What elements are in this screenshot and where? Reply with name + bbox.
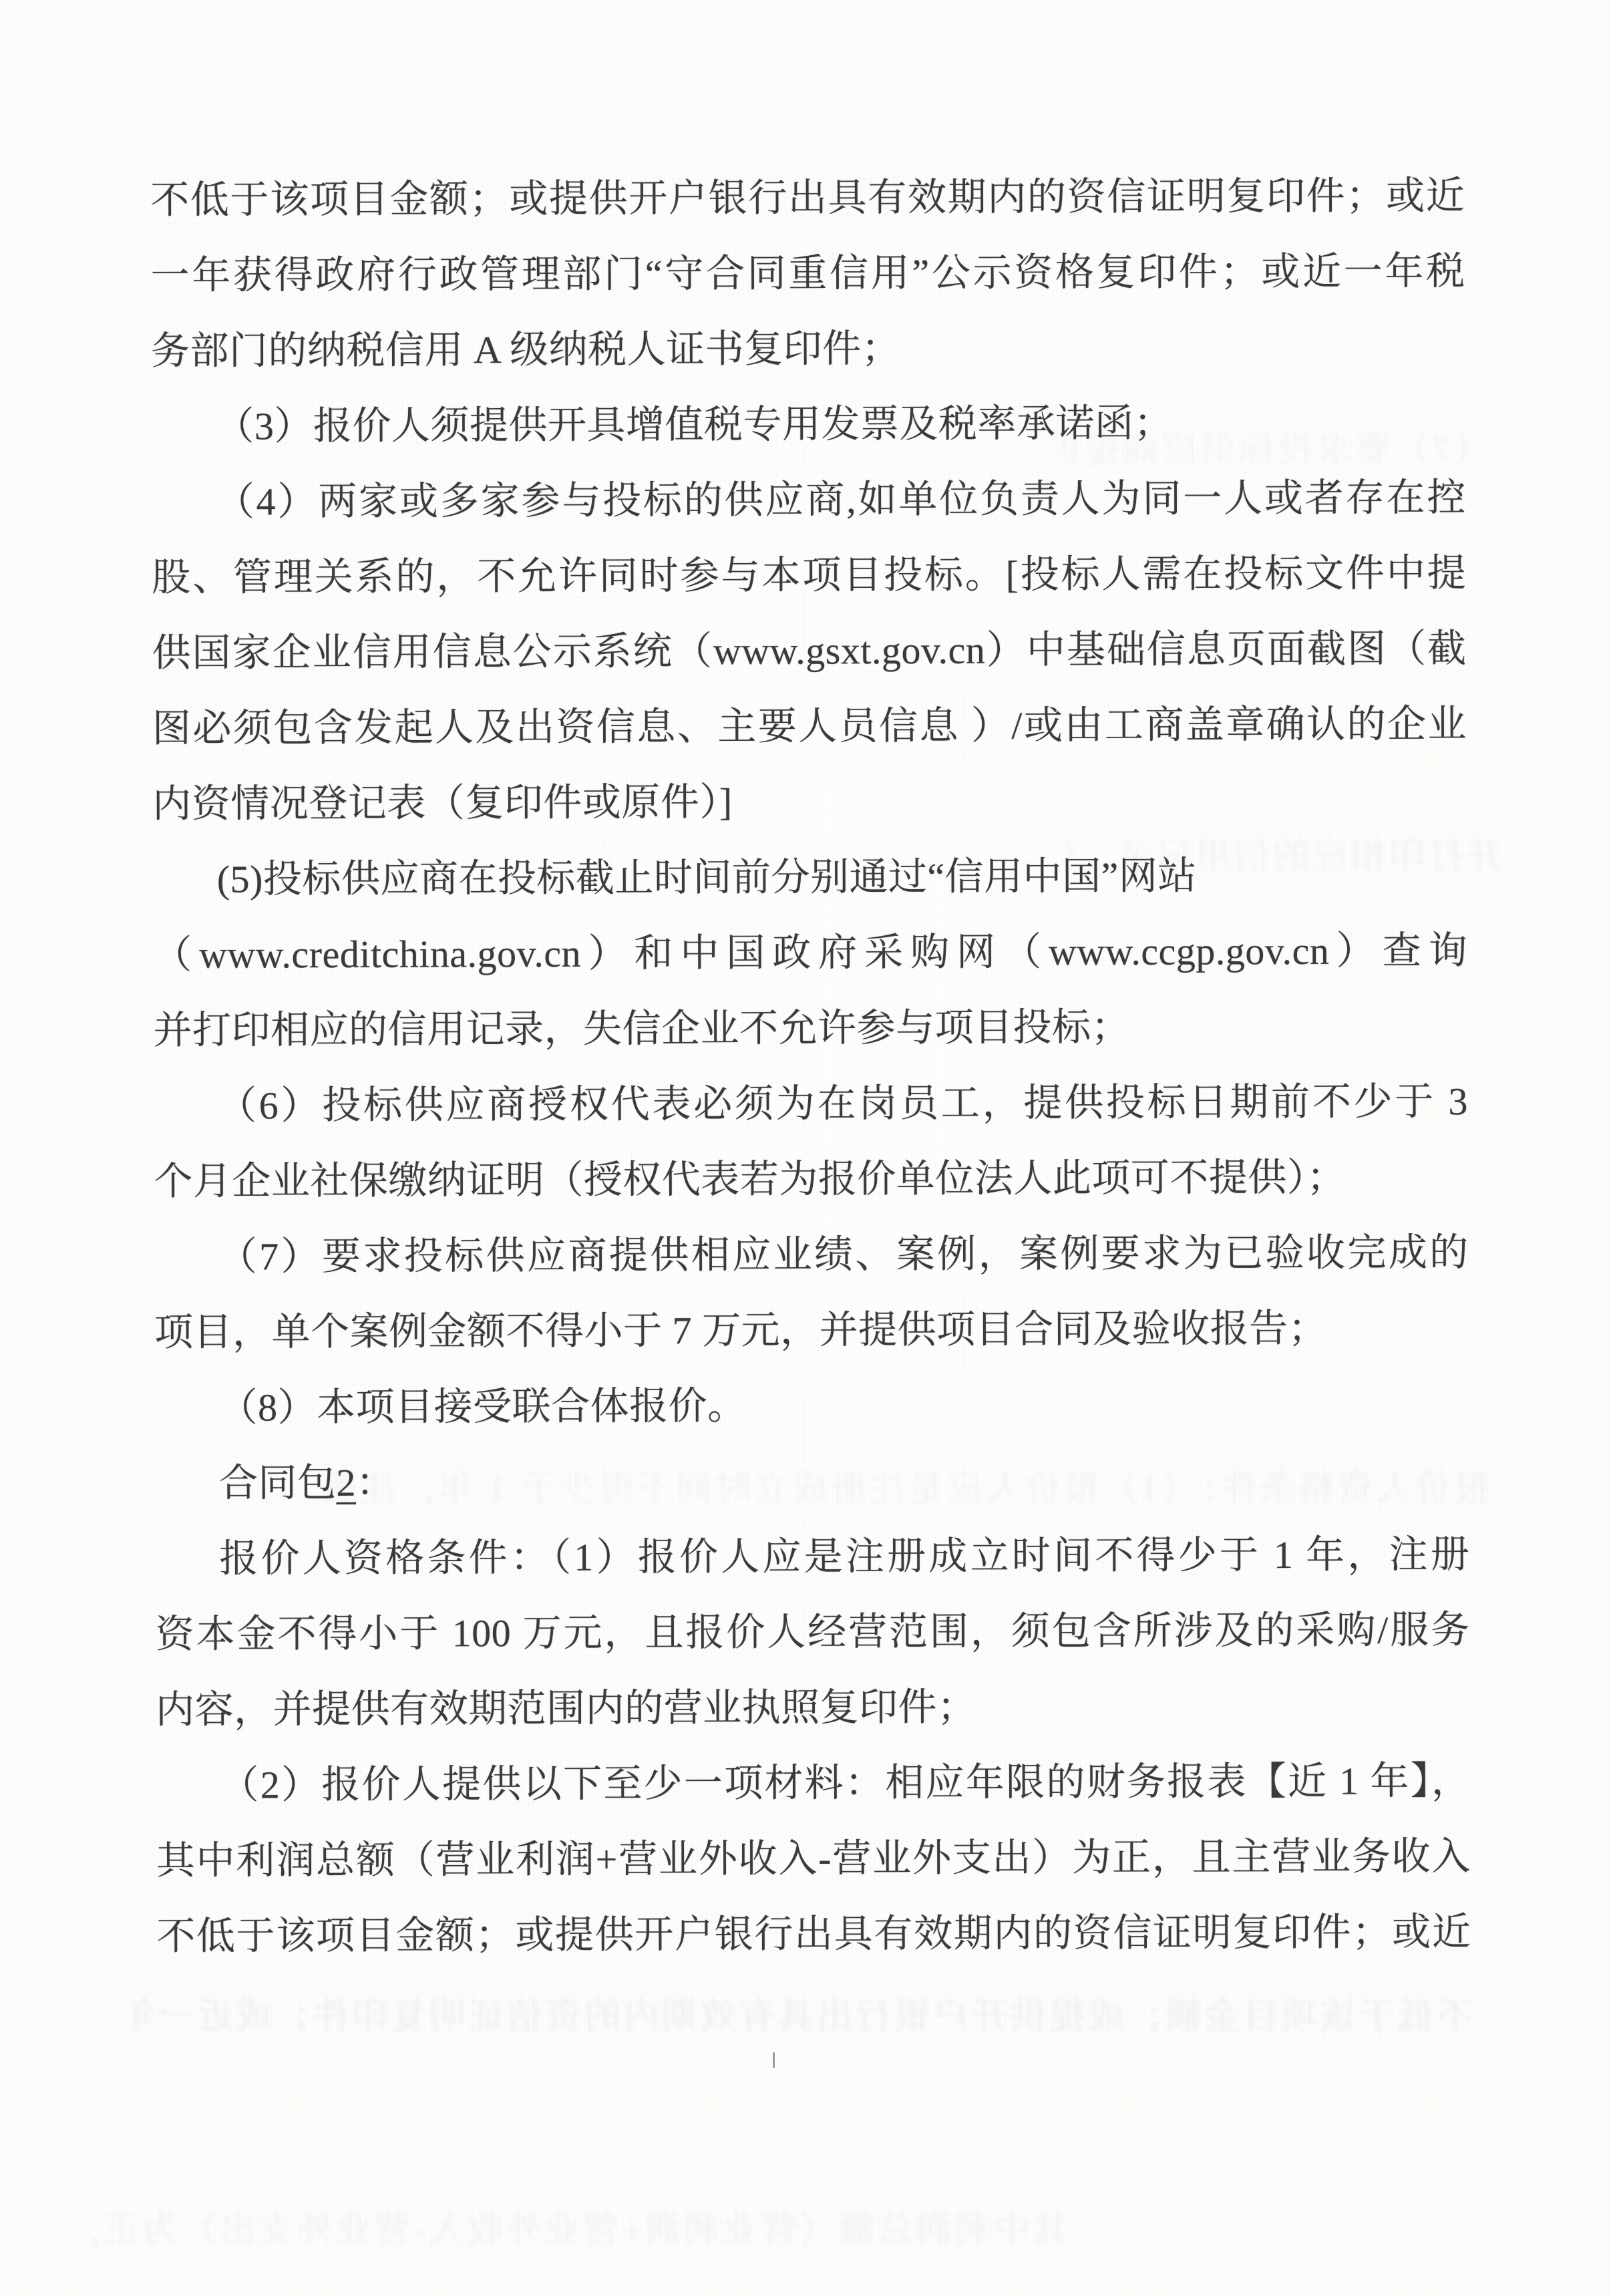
paragraph-line: (5)投标供应商在投标截止时间前分别通过“信用中国”网站 <box>153 837 1467 917</box>
paragraph: （3）报价人须提供开具增值税专用发票及税率承诺函； <box>151 384 1465 464</box>
paragraph-line: （3）报价人须提供开具增值税专用发票及税率承诺函； <box>151 384 1465 464</box>
paragraph-line: （www.creditchina.gov.cn）和中国政府采购网（www.ccg… <box>153 913 1467 993</box>
bleedthrough-artifact: 不低于该项目金额；或提供开户银行出具有效期内的资信证明复印件；或近一年获得政府行… <box>134 1987 1473 2039</box>
scan-speck <box>773 2052 775 2068</box>
paragraph-line: 其中利润总额（营业利润+营业外收入-营业外支出）为正，且主营业务收入 <box>156 1818 1471 1899</box>
paragraph-line: 资本金不得小于 100 万元，且报价人经营范围，须包含所涉及的采购/服务 <box>155 1592 1469 1672</box>
paragraph-line: 不低于该项目金额；或提供开户银行出具有效期内的资信证明复印件；或近 <box>156 1894 1471 1974</box>
paragraph-line: （6）投标供应商授权代表必须为在岗员工，提供投标日期前不少于 3 <box>154 1063 1468 1144</box>
paragraph: 报价人资格条件：（1）报价人应是注册成立时间不得少于 1 年，注册资本金不得小于… <box>155 1516 1470 1748</box>
paragraph-line: 一年获得政府行政管理部门“守合同重信用”公示资格复印件；或近一年税 <box>150 233 1465 313</box>
paragraph: （4）两家或多家参与投标的供应商,如单位负责人为同一人或者存在控股、管理关系的，… <box>152 460 1467 842</box>
paragraph: (5)投标供应商在投标截止时间前分别通过“信用中国”网站（www.creditc… <box>153 837 1468 1068</box>
paragraph: （6）投标供应商授权代表必须为在岗员工，提供投标日期前不少于 3个月企业社保缴纳… <box>154 1063 1469 1219</box>
paragraph-line: 务部门的纳税信用 A 级纳税人证书复印件； <box>151 309 1465 389</box>
paragraph-line: 内资情况登记表（复印件或原件）] <box>152 762 1467 842</box>
paragraph: （2）报价人提供以下至少一项材料：相应年限的财务报表【近 1 年】，其中利润总额… <box>156 1743 1471 1974</box>
paragraph-line: （4）两家或多家参与投标的供应商,如单位负责人为同一人或者存在控 <box>152 460 1466 540</box>
paragraph-line: （8）本项目接受联合体报价。 <box>154 1365 1469 1446</box>
scanned-document-page: （7）要求投标供应商提供相应业绩、案例，案例要求为已验收完成的 并打印相应的信用… <box>0 0 1609 2296</box>
paragraph-line: （7）要求投标供应商提供相应业绩、案例，案例要求为已验收完成的 <box>154 1214 1469 1295</box>
paragraph-line: 并打印相应的信用记录，失信企业不允许参与项目投标； <box>153 988 1467 1068</box>
paragraph-line: 供国家企业信用信息公示系统（www.gsxt.gov.cn）中基础信息页面截图（… <box>152 611 1466 691</box>
paragraph-line: 图必须包含发起人及出资信息、主要人员信息 ）/或由工商盖章确认的企业 <box>152 686 1467 766</box>
paragraph-line: 报价人资格条件：（1）报价人应是注册成立时间不得少于 1 年，注册 <box>155 1516 1469 1597</box>
paragraph-line: 个月企业社保缴纳证明（授权代表若为报价单位法人此项可不提供）； <box>154 1139 1468 1219</box>
paragraph-line: 合同包2： <box>155 1441 1469 1521</box>
bleedthrough-artifact: 其中利润总额（营业利润+营业外收入-营业外支出）为正，且主营业务收入 <box>80 2201 1069 2249</box>
paragraph-line: （2）报价人提供以下至少一项材料：相应年限的财务报表【近 1 年】， <box>156 1743 1470 1823</box>
paragraph-line: 股、管理关系的，不允许同时参与本项目投标。[投标人需在投标文件中提 <box>152 535 1466 615</box>
text-segment: 合同包 <box>219 1461 337 1505</box>
text-segment: ： <box>356 1461 395 1504</box>
paragraph-line: 项目，单个案例金额不得小于 7 万元，并提供项目合同及验收报告； <box>154 1290 1469 1370</box>
paragraph: 合同包2： <box>155 1441 1469 1521</box>
paragraph: （8）本项目接受联合体报价。 <box>154 1365 1469 1446</box>
paragraph-line: 不低于该项目金额；或提供开户银行出具有效期内的资信证明复印件；或近 <box>150 158 1465 238</box>
paragraph: 不低于该项目金额；或提供开户银行出具有效期内的资信证明复印件；或近一年获得政府行… <box>150 158 1465 389</box>
paragraph-line: 内容，并提供有效期范围内的营业执照复印件； <box>156 1667 1470 1748</box>
document-body: 不低于该项目金额；或提供开户银行出具有效期内的资信证明复印件；或近一年获得政府行… <box>150 158 1471 1974</box>
paragraph: （7）要求投标供应商提供相应业绩、案例，案例要求为已验收完成的项目，单个案例金额… <box>154 1214 1469 1370</box>
underlined-text: 2 <box>336 1461 356 1504</box>
